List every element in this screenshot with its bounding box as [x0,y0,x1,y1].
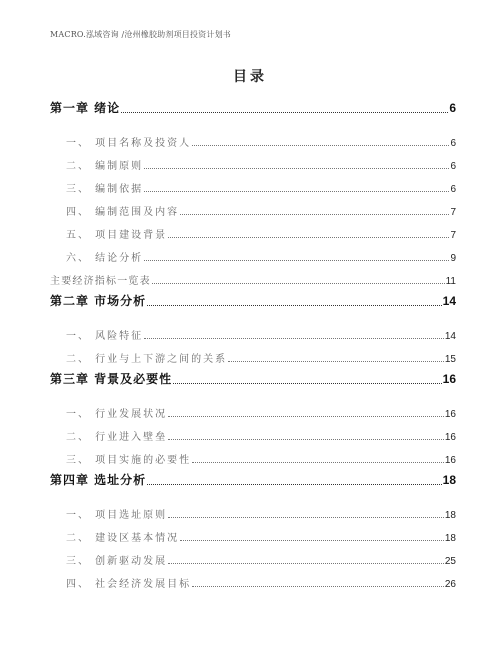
toc-chapter-4[interactable]: 第四章 选址分析18 [50,471,456,488]
toc-page: 6 [450,184,456,195]
toc-page: 18 [445,510,456,521]
toc-entry[interactable]: 五、 项目建设背景7 [66,226,456,241]
toc-label: 一、 风险特征 [66,327,143,342]
toc-page: 16 [443,372,456,386]
toc-entry[interactable]: 主要经济指标一览表11 [50,272,456,287]
toc-label: 一、 项目名称及投资人 [66,134,191,149]
toc-chapter-1[interactable]: 第一章 绪论6 [50,99,456,116]
toc-title: 目录 [0,66,500,86]
toc-entry[interactable]: 三、 编制依据6 [66,180,456,195]
dot-leader [168,415,444,417]
toc-entry[interactable]: 一、 行业发展状况16 [66,405,456,420]
toc-entry[interactable]: 二、 建设区基本情况18 [66,529,456,544]
toc-label: 一、 项目选址原则 [66,506,167,521]
dot-leader [147,304,441,306]
dot-leader [180,213,449,215]
toc-label: 第二章 市场分析 [50,292,146,309]
dot-leader [192,144,449,146]
toc-page: 16 [445,409,456,420]
toc-label: 三、 编制依据 [66,180,143,195]
toc-entry[interactable]: 二、 编制原则6 [66,157,456,172]
toc-label: 一、 行业发展状况 [66,405,167,420]
toc-page: 6 [450,138,456,149]
toc-page: 7 [450,230,456,241]
dot-leader [192,461,444,463]
dot-leader [168,516,444,518]
toc-chapter-2[interactable]: 第二章 市场分析14 [50,292,456,309]
toc-entry[interactable]: 二、 行业与上下游之间的关系15 [66,350,456,365]
toc-entry[interactable]: 一、 项目选址原则18 [66,506,456,521]
dot-leader [168,236,449,238]
toc-label: 主要经济指标一览表 [50,272,151,287]
toc-page: 6 [450,161,456,172]
dot-leader [147,483,441,485]
toc-entry[interactable]: 一、 风险特征14 [66,327,456,342]
dot-leader [180,539,444,541]
toc-page: 18 [445,533,456,544]
toc-label: 三、 项目实施的必要性 [66,451,191,466]
dot-leader [152,282,445,284]
dot-leader [144,337,444,339]
toc-page: 16 [445,432,456,443]
toc-label: 三、 创新驱动发展 [66,552,167,567]
toc-label: 五、 项目建设背景 [66,226,167,241]
toc-page: 11 [446,276,456,287]
toc-label: 二、 建设区基本情况 [66,529,179,544]
toc-entry[interactable]: 三、 项目实施的必要性16 [66,451,456,466]
toc-page: 14 [445,331,456,342]
dot-leader [168,438,444,440]
toc-label: 二、 编制原则 [66,157,143,172]
toc-entry[interactable]: 四、 社会经济发展目标26 [66,575,456,590]
dot-leader [192,585,444,587]
toc-label: 第四章 选址分析 [50,471,146,488]
toc-page: 14 [443,294,456,308]
dot-leader [121,111,448,113]
dot-leader [168,562,444,564]
toc-entry[interactable]: 三、 创新驱动发展25 [66,552,456,567]
toc-label: 第一章 绪论 [50,99,120,116]
dot-leader [144,190,449,192]
toc-page: 15 [445,354,456,365]
toc-page: 26 [445,579,456,590]
toc-chapter-3[interactable]: 第三章 背景及必要性16 [50,370,456,387]
dot-leader [144,259,449,261]
toc-entry[interactable]: 六、 结论分析9 [66,249,456,264]
toc-label: 四、 社会经济发展目标 [66,575,191,590]
toc-label: 二、 行业与上下游之间的关系 [66,350,227,365]
toc-page: 7 [450,207,456,218]
toc-entry[interactable]: 二、 行业进入壁垒16 [66,428,456,443]
toc-entry[interactable]: 四、 编制范围及内容7 [66,203,456,218]
toc-entry[interactable]: 一、 项目名称及投资人6 [66,134,456,149]
toc-label: 二、 行业进入壁垒 [66,428,167,443]
dot-leader [144,167,449,169]
toc-page: 25 [445,556,456,567]
toc-page: 16 [445,455,456,466]
toc-label: 六、 结论分析 [66,249,143,264]
toc-page: 6 [449,101,456,115]
document-header: MACRO.泓域咨询 /沧州橡胶助剂项目投资计划书 [50,29,231,40]
toc-page: 18 [443,473,456,487]
dot-leader [173,382,441,384]
toc-page: 9 [450,253,456,264]
toc-label: 第三章 背景及必要性 [50,370,172,387]
toc-label: 四、 编制范围及内容 [66,203,179,218]
dot-leader [228,360,444,362]
